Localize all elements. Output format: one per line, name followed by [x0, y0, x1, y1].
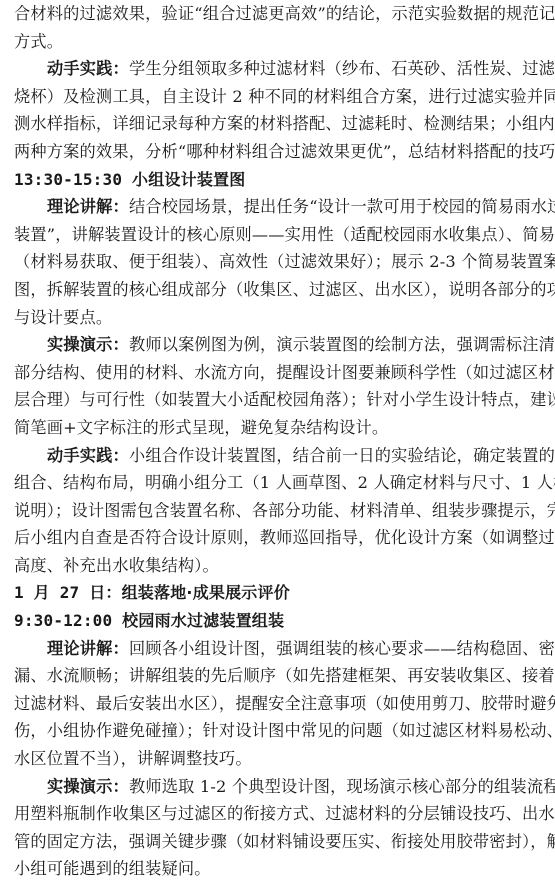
text-line: 烧杯）及检测工具，自主设计 2 种不同的材料组合方案，进行过滤实验并同步检 [14, 83, 544, 111]
session-title: 校园雨水过滤装置组装 [122, 611, 284, 630]
text-line: 合材料的过滤效果，验证“组合过滤更高效”的结论，示范实验数据的规范记录 [14, 0, 544, 28]
session-time: 9:30-12:00 [14, 611, 112, 630]
text-line: 水区位置不当），讲解调整技巧。 [14, 745, 544, 773]
paragraph-theory-lecture: 理论讲解：结合校园场景，提出任务“设计一款可用于校园的简易雨水过滤 装置”，讲解… [14, 193, 544, 331]
paragraph-label: 理论讲解： [47, 639, 129, 658]
text-line: 两种方案的效果，分析“哪种材料组合过滤效果更优”，总结材料搭配的技巧。 [14, 138, 544, 166]
paragraph-label: 实操演示： [47, 777, 129, 796]
text-line: 部分结构、使用的材料、水流方向，提醒设计图要兼顾科学性（如过滤区材料分 [14, 359, 544, 387]
day-title: 组装落地·成果展示评价 [122, 583, 290, 602]
paragraph-practical-demo: 实操演示：教师选取 1-2 个典型设计图，现场演示核心部分的组装流程，如 用塑料… [14, 773, 544, 883]
paragraph-continuation: 合材料的过滤效果，验证“组合过滤更高效”的结论，示范实验数据的规范记录 方式。 [14, 0, 544, 55]
paragraph-practical-demo: 实操演示：教师以案例图为例，演示装置图的绘制方法，强调需标注清楚各 部分结构、使… [14, 331, 544, 441]
text-line: 管的固定方法，强调关键步骤（如材料铺设要压实、衔接处用胶带密封），解答 [14, 828, 544, 856]
paragraph-theory-lecture: 理论讲解：回顾各小组设计图，强调组装的核心要求——结构稳固、密封防 漏、水流顺畅… [14, 635, 544, 773]
text-line: 高度、补充出水收集结构）。 [14, 552, 544, 580]
day-date: 1 月 27 日： [14, 583, 122, 602]
session-title: 小组设计装置图 [132, 170, 245, 189]
text-line: （材料易获取、便于组装）、高效性（过滤效果好）；展示 2-3 个简易装置案例 [14, 248, 544, 276]
day-heading: 1 月 27 日：组装落地·成果展示评价 [14, 579, 544, 607]
text-line: 简笔画+文字标注的形式呈现，避免复杂结构设计。 [14, 414, 544, 442]
text-line: 用塑料瓶制作收集区与过滤区的衔接方式、过滤材料的分层铺设技巧、出水区导 [14, 800, 544, 828]
text-line: 组合、结构布局，明确小组分工（1 人画草图、2 人确定材料与尺寸、1 人标注 [14, 469, 544, 497]
text-line: 图，拆解装置的核心组成部分（收集区、过滤区、出水区），说明各部分的功能 [14, 276, 544, 304]
text-line: 结合校园场景，提出任务“设计一款可用于校园的简易雨水过滤 [129, 197, 555, 216]
paragraph-hands-on-practice: 动手实践：学生分组领取多种过滤材料（纱布、石英砂、活性炭、过滤柱、 烧杯）及检测… [14, 55, 544, 165]
text-line: 测水样指标，详细记录每种方案的材料搭配、过滤耗时、检测结果；小组内对比 [14, 110, 544, 138]
text-line: 说明）；设计图需包含装置名称、各部分功能、材料清单、组装步骤提示，完成 [14, 497, 544, 525]
text-line: 小组可能遇到的组装疑问。 [14, 855, 544, 883]
text-line: 小组合作设计装置图，结合前一日的实验结论，确定装置的材料 [129, 446, 555, 465]
paragraph-label: 动手实践： [47, 59, 129, 78]
text-line: 层合理）与可行性（如装置大小适配校园角落）；针对小学生设计特点，建议用 [14, 386, 544, 414]
text-line: 漏、水流顺畅；讲解组装的先后顺序（如先搭建框架、再安装收集区、接着铺设 [14, 662, 544, 690]
document-page: 合材料的过滤效果，验证“组合过滤更高效”的结论，示范实验数据的规范记录 方式。 … [14, 0, 544, 883]
text-line: 伤，小组协作避免碰撞）；针对设计图中常见的问题（如过滤区材料易松动、出 [14, 717, 544, 745]
paragraph-label: 实操演示： [47, 335, 129, 354]
text-line: 回顾各小组设计图，强调组装的核心要求——结构稳固、密封防 [129, 639, 555, 658]
paragraph-label: 动手实践： [47, 446, 129, 465]
paragraph-hands-on-practice: 动手实践：小组合作设计装置图，结合前一日的实验结论，确定装置的材料 组合、结构布… [14, 442, 544, 580]
text-line: 学生分组领取多种过滤材料（纱布、石英砂、活性炭、过滤柱、 [129, 59, 555, 78]
text-line: 方式。 [14, 28, 544, 56]
text-line: 与设计要点。 [14, 304, 544, 332]
session-time: 13:30-15:30 [14, 170, 122, 189]
paragraph-label: 理论讲解： [47, 197, 129, 216]
section-heading: 13:30-15:30 小组设计装置图 [14, 166, 544, 194]
text-line: 教师选取 1-2 个典型设计图，现场演示核心部分的组装流程，如 [129, 777, 555, 796]
text-line: 过滤材料、最后安装出水区），提醒安全注意事项（如使用剪刀、胶带时避免划 [14, 690, 544, 718]
section-heading: 9:30-12:00 校园雨水过滤装置组装 [14, 607, 544, 635]
text-line: 后小组内自查是否符合设计原则，教师巡回指导，优化设计方案（如调整过滤区 [14, 524, 544, 552]
text-line: 教师以案例图为例，演示装置图的绘制方法，强调需标注清楚各 [129, 335, 555, 354]
text-line: 装置”，讲解装置设计的核心原则——实用性（适配校园雨水收集点）、简易性 [14, 221, 544, 249]
